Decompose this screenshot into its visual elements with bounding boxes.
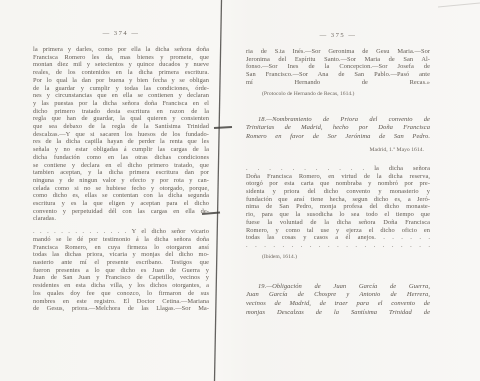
text-line: Jeronima del Espíritu Santo.—Sor Maria d… [246,56,430,64]
text-line: Trinitarias de Madrid, hecho por Doña Fr… [246,124,430,133]
text-line: mí Hernando de Recas.» [246,79,430,87]
left-page-paragraph-1: la primera y darles, como por ella la di… [33,46,209,223]
left-page-number: — 374 — [33,30,209,38]
text-line: Romero en favor de Sor Jerónima de San P… [246,133,430,142]
text-line: y las puestas por la dicha señora doña F… [33,100,209,108]
text-line: celada como si no se hubiese fecho y oto… [33,185,209,193]
text-line: Juan García de Chospre y Antonio de Herr… [246,291,430,300]
right-page-number: — 375 — [246,32,430,40]
text-line: residentes en esta dicha villa, y los di… [33,282,209,290]
text-line: fonso.—Sor Ines de la Concepcion.—Sor Jo… [246,63,430,71]
text-line: dicho primero tratado desta escritura en… [33,108,209,116]
text-line: la primera y darles, como por ella la di… [33,46,209,54]
text-line: señala y no estar obligadas á cumplir la… [33,146,209,154]
text-line: . . . . . . . . . . . . . . . . . . . . … [246,242,430,250]
source-citation-ibidem: (Ibidem, 1614.) [246,254,430,261]
text-line: montan diez mil y setecientos y quince d… [33,61,209,69]
text-line: de Gesus, priora.—Melchora de las Llagas… [33,305,209,313]
left-page: — 374 — la primera y darles, como por el… [33,30,209,313]
text-line: claradas. [33,215,209,223]
book-scan: — 374 — la primera y darles, como por el… [0,0,480,381]
text-line: todas las cosas y casos a él anejos. . .… [246,234,430,242]
text-line: fuese la voluntad de la dicha señora Doñ… [246,219,430,227]
text-line: ninguna y de ningun valor y efecto y por… [33,177,209,185]
text-line: Francisca Romero les da, mas bienes y pr… [33,54,209,62]
text-line: escritura y es la que eligen y aceptan p… [33,200,209,208]
text-line: 19.—Obligación de Juan García de Guerra, [246,283,430,292]
source-citation-protocolo: (Protocolo de Hernando de Recas, 1614.) [246,91,430,98]
text-line: res de la dicha capilla hayan de perder … [33,138,209,146]
text-line: San Francisco.—Sor Ana de San Pablo.—Pas… [246,71,430,79]
text-line: Francisca Romero, en cuya firmeza lo oto… [33,244,209,252]
text-line: fundación que ansí tiene hecha, segun di… [246,196,430,204]
text-line: todas las dichas priora, vicaria y monja… [33,251,209,259]
text-line: Juan de San Juan y Francisco de Capetill… [33,274,209,282]
text-line: reales, de los contenidos en la dicha pr… [33,69,209,77]
text-line: tambien aceptan, y la dicha primera escr… [33,169,209,177]
document-18-heading: 18.—Nombramiento de Priora del convento … [246,116,430,142]
text-line: como dicho es, ellas se contentan con la… [33,192,209,200]
text-line: . . . . . . . . . . . . . . Y el dicho s… [33,228,209,236]
text-line: nima de San Pedro, monja profesa del dic… [246,203,430,211]
document-19-heading: 19.—Obligación de Juan García de Guerra,… [246,283,430,318]
right-page: — 375 — ria de S.ta Inés.—Sor Geronima d… [246,32,430,318]
text-line: regla que han de guardar, la qual quiere… [33,115,209,123]
text-line: mandó se le dé por testimonio á la dicha… [33,236,209,244]
text-line: otorgó por esta carta que nombraba y nom… [246,180,430,188]
text-line: . . . . . . . . . . . la dicha señora [246,165,430,173]
text-line: fueron presentes a lo que dicho es Juan … [33,267,209,275]
text-line: ria de S.ta Inés.—Sor Geronima de Gesu M… [246,48,430,56]
text-line: descalzas.—Y que si sacaren los huesos d… [33,131,209,139]
text-line: vecinos de Madrid, de traer para el conv… [246,300,430,309]
text-line: rio, para que la susodicha lo sea todo e… [246,211,430,219]
text-line: convento y perpetuidad dél con las carga… [33,208,209,216]
text-line: Por lo qual la dan por buena y bien fech… [33,77,209,85]
page-edge-line [438,3,480,7]
text-line: monjas Descalzas de la Santísima Trinida… [246,309,430,318]
text-line: Romero, y como tal use y ejerza el dicho… [246,227,430,235]
text-line: de la guardar y cumplir y todas las cond… [33,85,209,93]
text-line: nes y circunstancias que en ella se cont… [33,92,209,100]
text-line: los quales doy fee que conozco, lo firma… [33,290,209,298]
text-line: sidenta y priora del dicho convento y mo… [246,188,430,196]
text-line: dicha fundación como en las otras dichas… [33,154,209,162]
gutter-line [215,0,222,381]
document-17-continuation-text: ria de S.ta Inés.—Sor Geronima de Gesu M… [246,48,430,87]
document-18-dateline: Madrid, 1.º Mayo 1614. [246,147,430,154]
text-line: que sea debaxo de la regla de la Santísi… [33,123,209,131]
left-page-paragraph-2: . . . . . . . . . . . . . . Y el dicho s… [33,228,209,313]
text-line: 18.—Nombramiento de Priora del convento … [246,116,430,125]
text-line: nasterio ante mí el presente escribano. … [33,259,209,267]
text-line: Doña Francisca Romero, en virtud de la d… [246,173,430,181]
gutter-tick-upper [214,127,232,128]
text-line: se contiene y declara en el dicho primer… [33,162,209,170]
text-line: nombres en este registro. El Doctor Ceti… [33,298,209,306]
document-18-body: . . . . . . . . . . . la dicha señoraDoñ… [246,165,430,250]
